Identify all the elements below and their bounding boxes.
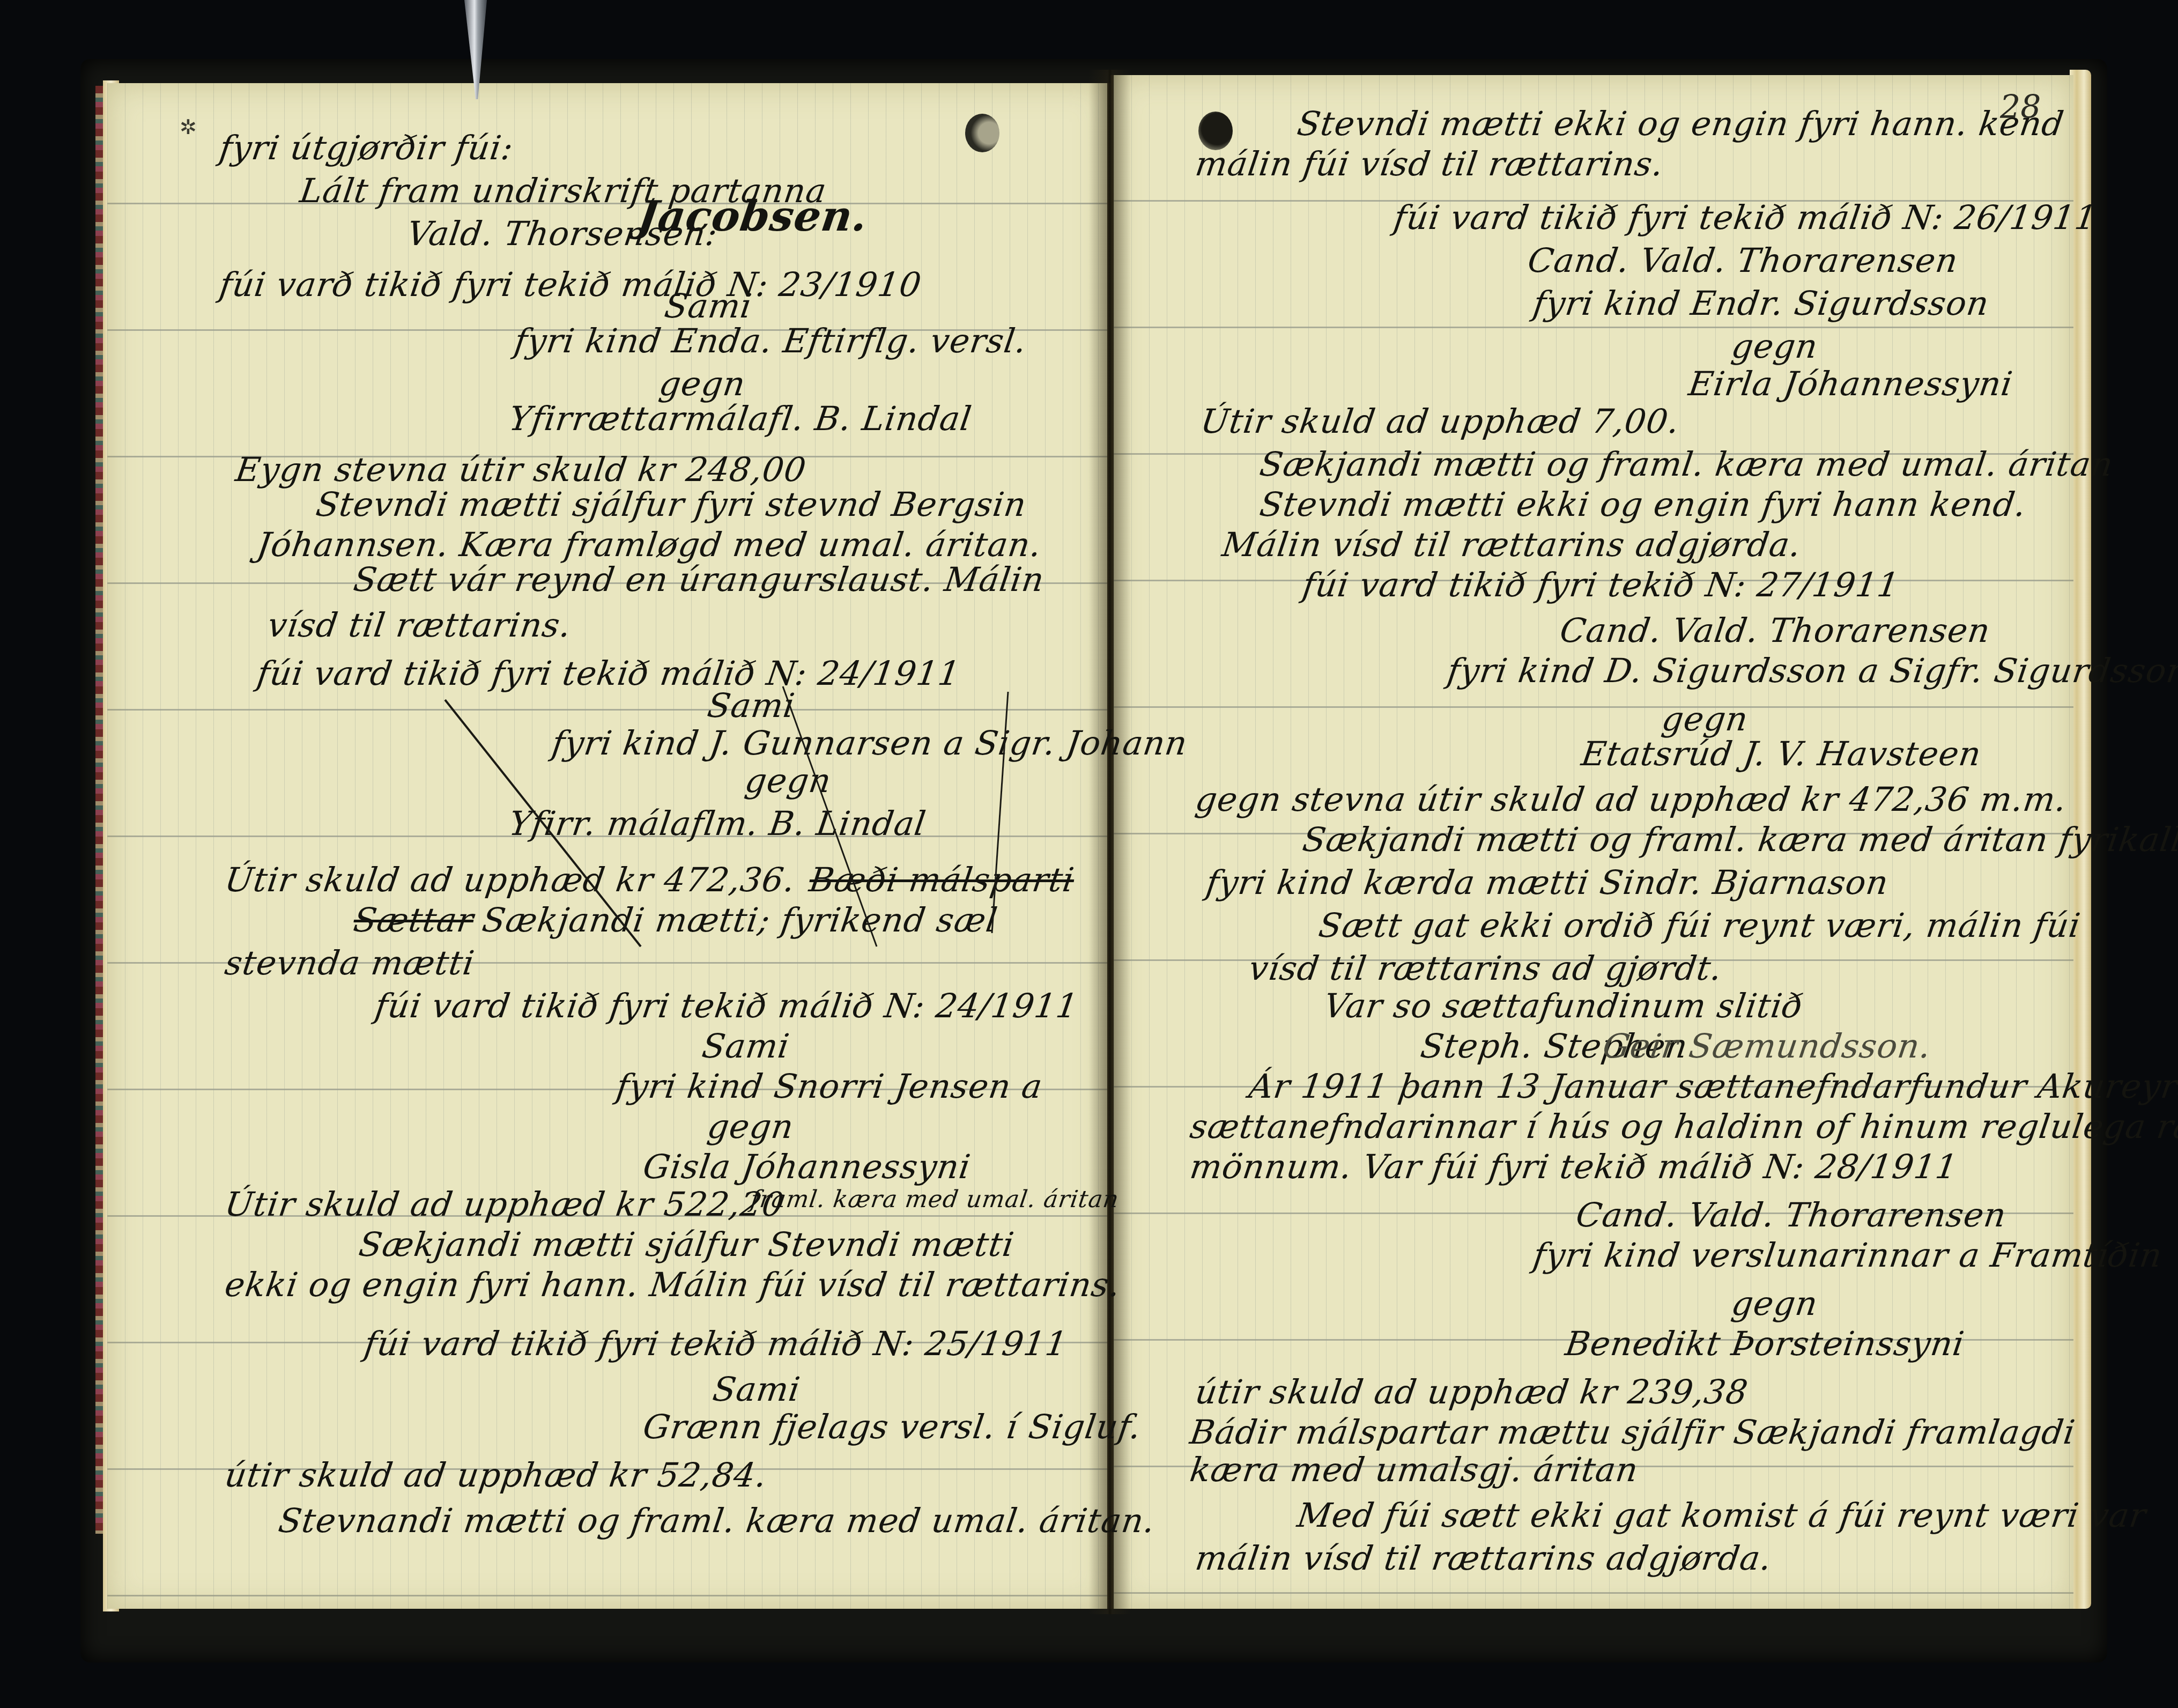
handwritten-line: Útir skuld ad upphæd 7,00. xyxy=(1199,405,1682,438)
handwritten-line: Sækjandi mætti sjálfur Stevndi mætti xyxy=(357,1228,1017,1261)
left-page xyxy=(107,83,1110,1609)
handwritten-line: kæra med umalsgj. áritan xyxy=(1188,1453,1641,1487)
handwritten-line: Útir skuld ad upphæd kr 472,36. xyxy=(223,863,797,897)
handwritten-line: fyri kind kærda mætti Sindr. Bjarnason xyxy=(1204,866,1891,899)
handwritten-line: fúi vard tikið fyri tekið N: 27/1911 xyxy=(1301,568,1902,602)
handwritten-line: Sækjandi mætti og framl. kæra med áritan… xyxy=(1301,823,2178,856)
handwritten-line: gegn xyxy=(657,367,748,401)
handwritten-line: Útir skuld ad upphæd kr 522,20 xyxy=(223,1188,787,1221)
handwritten-line: Cand. Vald. Thorarensen xyxy=(1574,1199,2009,1232)
handwritten-line: Gisla Jóhannessyni xyxy=(641,1150,973,1184)
handwritten-line: Ár 1911 þann 13 Januar sættanefndarfundu… xyxy=(1247,1070,2178,1103)
handwritten-line: fúi vard tikið fyri tekið málið N: 26/19… xyxy=(1392,201,2099,234)
handwritten-line: Sætt gat ekki ordið fúi reynt væri, máli… xyxy=(1317,909,2083,942)
handwritten-line: Jóhannsen. Kæra framløgd med umal. árita… xyxy=(255,528,1044,561)
handwritten-line: Med fúi sætt ekki gat komist á fúi reynt… xyxy=(1295,1499,2149,1532)
handwritten-line: Etatsrúd J. V. Havsteen xyxy=(1580,737,1983,771)
handwritten-line: Eirla Jóhannessyni xyxy=(1687,367,2015,401)
handwritten-line: Sækjandi mætti og framl. kæra med umal. … xyxy=(1258,448,2115,481)
handwritten-line: vísd til rættarins. xyxy=(266,609,574,642)
handwritten-line: vísd til rættarins ad gjørdt. xyxy=(1247,952,1724,985)
handwritten-line: gegn xyxy=(1660,703,1751,736)
handwritten-line: Sami xyxy=(706,689,797,722)
handwritten-line: Benedikt Þorsteinssyni xyxy=(1564,1327,1967,1361)
handwritten-line: stevnda mætti xyxy=(223,947,477,980)
handwritten-line: fúi vard tikið fyri tekið málið N: 24/19… xyxy=(255,657,962,690)
handwritten-line: gegn xyxy=(1730,1287,1820,1320)
handwritten-line: Sækjandi mætti; fyrikend sæl xyxy=(480,904,1000,937)
handwritten-line: Sami xyxy=(700,1030,792,1063)
handwritten-line: Eygn stevna útir skuld kr 248,00 xyxy=(234,453,809,486)
handwritten-line: Stevndi mætti sjálfur fyri stevnd Bergsi… xyxy=(314,488,1029,521)
handwritten-line: Bádir málspartar mættu sjálfir Sækjandi … xyxy=(1188,1416,2078,1449)
handwritten-line: Yfirr. málaflm. B. Lindal xyxy=(507,807,928,840)
handwritten-line: ekki og engin fyri hann. Málin fúi vísd … xyxy=(223,1268,1123,1302)
handwritten-line: fyri kind verslunarinnar a Framtíðin xyxy=(1531,1239,2165,1272)
handwritten-line: málin fúi vísd til rættarins. xyxy=(1194,147,1666,181)
handwritten-line: Sætt vár reynd en úrangurslaust. Málin xyxy=(352,563,1047,596)
handwritten-line: Stevndi mætti ekki og engin fyri hann. k… xyxy=(1295,107,2066,141)
handwritten-line: fyri kind Snorri Jensen a xyxy=(614,1070,1045,1103)
handwritten-line: fyri kind D. Sigurdsson a Sigfr. Sigurds… xyxy=(1446,654,2178,687)
handwritten-line: gegn stevna útir skuld ad upphæd kr 472,… xyxy=(1194,783,2069,816)
handwritten-line: Jacobsen. xyxy=(635,196,871,238)
book-gutter xyxy=(1088,70,1131,1614)
handwritten-line: gegn xyxy=(706,1110,796,1143)
handwritten-line: Stevnandi mætti og framl. kæra med umal.… xyxy=(277,1504,1158,1537)
handwritten-line: Geir Sæmundsson. xyxy=(1601,1030,1933,1063)
handwritten-line: fúi varð tikið fyri tekið málið N: 23/19… xyxy=(218,268,924,301)
handwritten-line: sættanefndarinnar í hús og haldinn of hi… xyxy=(1188,1110,2178,1143)
handwritten-line: Bæði málsparti xyxy=(808,863,1077,897)
handwritten-line: fyri kind J. Gunnarsen a Sigr. Johann xyxy=(550,727,1190,760)
handwritten-line: framl. kæra med umal. áritan xyxy=(749,1188,1121,1211)
handwritten-line: mönnum. Var fúi fyri tekið málið N: 28/1… xyxy=(1188,1150,1960,1184)
handwritten-line: Var so sættafundinum slitið xyxy=(1322,989,1805,1023)
handwritten-line: Stevndi mætti ekki og engin fyri hann ke… xyxy=(1258,488,2028,521)
handwritten-line: Cand. Vald. Thorarensen xyxy=(1558,614,1992,647)
handwritten-line: gegn xyxy=(1730,330,1820,363)
handwritten-line: Málin vísd til rættarins adgjørda. xyxy=(1220,528,1803,561)
handwritten-line: fúi vard tikið fyri tekið málið N: 24/19… xyxy=(373,989,1080,1023)
handwritten-line: Grænn fjelags versl. í Sigluf. xyxy=(641,1410,1144,1444)
handwritten-line: Sami xyxy=(663,290,754,323)
handwritten-line: útir skuld ad upphæd kr 239,38 xyxy=(1194,1376,1750,1409)
handwritten-line: málin vísd til rættarins adgjørda. xyxy=(1194,1542,1774,1575)
handwritten-line: Sættar xyxy=(352,904,476,937)
handwritten-line: gegn xyxy=(743,764,834,797)
handwritten-line: Yfirrættarmálafl. B. Lindal xyxy=(507,402,974,435)
handwritten-line: fúi vard tikið fyri tekið málið N: 25/19… xyxy=(362,1327,1070,1361)
ink-smudge-icon: ✲ xyxy=(180,115,197,139)
punch-hole-left xyxy=(965,114,999,152)
handwritten-line: fyri kind Enda. Eftirflg. versl. xyxy=(513,324,1029,358)
handwritten-line: Cand. Vald. Thorarensen xyxy=(1526,244,1960,277)
handwritten-line: fyri kind Endr. Sigurdsson xyxy=(1531,287,1991,320)
handwritten-line: fyri útgjørðir fúi: xyxy=(218,131,516,165)
handwritten-line: útir skuld ad upphæd kr 52,84. xyxy=(223,1459,769,1492)
handwritten-line: Sami xyxy=(711,1373,803,1406)
